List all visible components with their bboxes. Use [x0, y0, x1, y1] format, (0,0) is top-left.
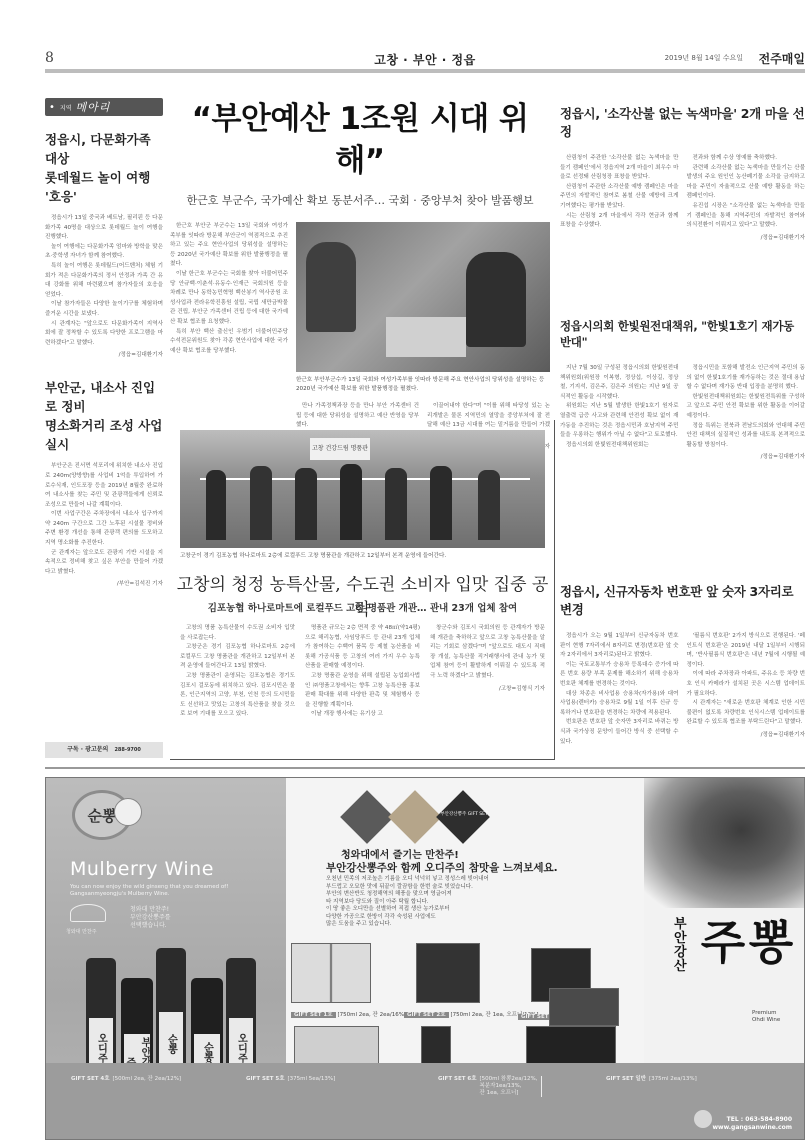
paragraph: 대상 차종은 비사업용 승용차(자가용)와 대여사업용(렌터카) 승용차로 9월…	[560, 690, 679, 719]
paragraph: 이번 사업구간은 주차장에서 내소사 입구까지 약 240m 구간으로 그간 노…	[45, 510, 163, 548]
gift-desc: [375ml 2ea/13%]	[649, 1076, 697, 1082]
paragraph: 시 관계자는 "새로운 번호판 체계로 인한 시민 불편이 없도록 차량번호 인…	[687, 699, 805, 728]
article-body: 지난 7월 30일 구성된 정읍시의회 한빛원전대책위원회(위원장 이복형, 정…	[560, 364, 805, 460]
calligraphy-big: 뽕주	[696, 918, 792, 974]
gift-set-5: GIFT SET 5호[375ml 5ea/13%]	[246, 1076, 335, 1083]
subscribe-label: 구독 · 광고문의	[67, 746, 108, 753]
paragraph: 이날 한근호 부군수는 국회를 찾아 더불어민주당 안규백·이춘석·유동수·인재…	[170, 270, 288, 328]
paragraph: 이에 따라 주차장과 아파트, 주유소 등 차량 번호 인식 카메라가 설치된 …	[687, 670, 805, 699]
gift-desc: [750ml 2ea, 잔 2ea/16%]	[338, 1012, 407, 1018]
gochang-subheadline: 김포농협 하나로마트에 로컬푸드 고창 명품관 개관… 관내 23개 업체 참여	[170, 600, 555, 614]
article-headline[interactable]: 정읍시의회 한빛원전대책위, "한빛1호기 재가동 반대"	[560, 318, 805, 350]
gift-set-general: GIFT SET 일반[375ml 2ea/13%]	[606, 1076, 697, 1083]
ad-copy-line: 이 땅 좋은 오디만을 선별하여 직접 생산 농가로부터	[326, 906, 626, 914]
gochang-article: 고창 건강드림 명품관 고창군이 경기 김포농협 하나로마트 2층에 로컬푸드 …	[170, 420, 555, 760]
paragraph: 산림청이 주관한 '소각산불 없는 녹색마을 만들기 캠페인'에서 정읍지역 2…	[560, 154, 679, 183]
gift-desc-line: 잔 1ea, 오프너]	[480, 1090, 538, 1097]
masthead-rule	[45, 69, 805, 73]
wine-glass-diamond-image	[388, 790, 442, 844]
paragraph: 정읍시가 오는 9월 1일부터 신규자동차 번호판이 현행 7자리에서 8자리로…	[560, 632, 679, 661]
ad-separator-rule	[45, 767, 805, 769]
article-headline[interactable]: 부안군, 내소사 진입로 정비 명소화거리 조성 사업 실시	[45, 378, 163, 454]
mulberry-wine-advertisement[interactable]: 순뽕 Mulberry Wine You can now enjoy the w…	[45, 777, 805, 1140]
blue-house-seal-icon	[70, 904, 106, 922]
paragraph: 특히 부안 백산 출신인 우범기 더불어민주당 수석전문위원도 찾아 각종 현안…	[170, 328, 288, 357]
seal-text-line: 청와대 만찬주!	[130, 906, 171, 914]
paragraph: 특히 놀이 여행은 롯데월드(어드벤처) 체험 기회가 적은 다문화가족의 정서…	[45, 262, 163, 300]
article-headline[interactable]: 정읍시, '소각산불 없는 녹색마을' 2개 마을 선정	[560, 104, 805, 140]
ad-website-link[interactable]: www.gangsanwine.com	[713, 1124, 792, 1132]
paragraph: 정읍시가 13일 중국과 베트남, 필리핀 등 다문화가족 40명을 대상으로 …	[45, 214, 163, 243]
main-headline[interactable]: “부안예산 1조원 시대 위해”	[170, 98, 550, 182]
paragraph: 한빛원전대책위원회는 한빛원전특위를 구성하고 앞으로 주민 안전 확보를 위한…	[687, 393, 805, 422]
calligraphy-logo: 부안강산 뽕주	[674, 918, 688, 974]
paragraph: 고창의 명품 농특산물이 수도권 소비자 입맛을 사로잡는다.	[180, 624, 295, 643]
ad-copy-line: 많은 도움을 주고 있습니다.	[326, 921, 626, 929]
ad-headline: 청와대에서 즐기는 만찬주!	[341, 846, 459, 861]
publication-name: 전주매일	[759, 50, 805, 67]
person-silhouette	[206, 470, 226, 540]
gift-set-5-image	[421, 1026, 451, 1064]
column-tag: • 지역 메아리	[45, 98, 163, 116]
meeting-photo[interactable]	[296, 222, 550, 372]
byline: /정읍=김대환기자	[687, 730, 805, 738]
byline: /정읍=김대환기자	[687, 233, 805, 241]
paragraph: 놀이 여행에는 다문화가족 엄마와 방학을 맞은 초·중학생 자녀가 함께 참여…	[45, 243, 163, 262]
paragraph: 한근호 부안군 부군수는 13일 국회와 여성가족부를 잇따라 방문해 부안군이…	[170, 222, 288, 270]
headline-line: 명소화거리 조성 사업 실시	[45, 416, 163, 454]
article-naesosa: 부안군, 내소사 진입로 정비 명소화거리 조성 사업 실시 부안군은 진서면 …	[45, 378, 163, 587]
seal-text-line: 선택했습니다.	[130, 922, 171, 930]
paragraph: 명품관 규모는 2층 면적 중 약 48㎡(약14평)으로 해리농협, 사임당푸…	[305, 624, 420, 672]
gift-desc: [500ml 2ea, 잔 2ea/12%]	[113, 1076, 182, 1082]
article-body: 부안군은 진서면 석포리에 위치한 내소사 진입로 240m(양방향)를 사업비…	[45, 462, 163, 577]
gift-set-2-image	[416, 943, 480, 1003]
mulberries-image	[644, 778, 805, 908]
paragraph: 창군수와 김포시 국회의원 등 관계자가 방문해 개관을 축하하고 앞으로 고창…	[430, 624, 545, 682]
byline: /부안=김석진 기자	[45, 579, 163, 587]
gift-set-6: GIFT SET 6호 [500ml 참뽕2ea/12%, 복분자1ea/13%…	[438, 1076, 542, 1097]
subscribe-phone: 288-9700	[114, 747, 140, 753]
column-tag-big: 메아리	[76, 99, 111, 115]
paragraph: 정읍시민을 포함해 발전소 인근지역 주민의 동의 없이 한빛1호기를 재가동하…	[687, 364, 805, 393]
paragraph: 관련해 소각산불 없는 녹색마을 만들기는 산불 발생의 주요 원인인 농산폐기…	[687, 164, 805, 202]
seal-text: 청와대 만찬주! 부안강산뽕주를 선택했습니다.	[130, 906, 171, 930]
article-body: 정읍시가 오는 9월 1일부터 신규자동차 번호판이 현행 7자리에서 8자리로…	[560, 632, 805, 747]
paragraph: 번호판은 번호판 앞 숫자만 3자리로 바뀌는 방식과 국가상징 문양이 들어간…	[560, 718, 679, 747]
person-silhouette	[295, 468, 317, 540]
premium-label: Premium Ohdi Wine	[752, 1010, 780, 1024]
byline: /고창=김형식 기자	[430, 684, 545, 692]
paragraph: 위원회는 지난 5월 발생한 한빛1호기 원자로 열출력 급증 사고와 관련해 …	[560, 402, 679, 440]
calligraphy-small: 부안강산	[674, 918, 688, 974]
paragraph: 시는 산림청 2개 마을에서 각각 현금과 함께 표창을 수상했다.	[560, 212, 679, 231]
paragraph: 군 관계자는 앞으로도 관광지 기반 시설을 지속적으로 정비해 찾고 싶은 부…	[45, 549, 163, 578]
byline: /정읍=김대환기자	[45, 350, 163, 358]
bullet-icon: •	[49, 102, 55, 113]
person-silhouette	[306, 242, 356, 332]
paragraph: 고창군은 경기 김포농협 하나로마트 2층에 로컬푸드 고창 명품관을 개관하고…	[180, 643, 295, 672]
premium-line: Premium	[752, 1010, 780, 1017]
paragraph: 이는 국토교통부가 승용차 등록대수 증가에 따른 번호 용량 부족 문제를 해…	[560, 661, 679, 690]
gift-desc: [500ml 참뽕2ea/12%, 복분자1ea/13%, 잔 1ea, 오프너…	[480, 1076, 542, 1097]
gift-desc: [375ml 5ea/13%]	[288, 1076, 336, 1082]
gift-box-image	[549, 988, 619, 1026]
diamond-label: 부안강산뽕주 GIFT SET	[436, 811, 492, 817]
gift-tag: GIFT SET 일반	[606, 1076, 646, 1082]
photo-caption: 고창군이 경기 김포농협 하나로마트 2층에 로컬푸드 고창 명품관을 개관하고…	[180, 552, 545, 561]
paragraph: 정읍시의회 한빛원전대책위원회는	[560, 441, 679, 451]
paragraph: 고창 명품관이 운영되는 김포농협은 경기도 김포시 걸포동에 위치하고 있다.…	[180, 672, 295, 720]
mascot-icon	[114, 798, 142, 826]
paragraph: 지난 7월 30일 구성된 정읍시의회 한빛원전대책위원회(위원장 이복형, 정…	[560, 364, 679, 402]
column-tag-small: 지역	[60, 103, 72, 112]
gift-tag: GIFT SET 4호	[71, 1076, 110, 1082]
subscribe-box: 구독 · 광고문의 288-9700	[45, 742, 163, 758]
paragraph: 유진섭 시장은 "소각산불 없는 녹색마을 만들기 캠페인을 통해 지역주민의 …	[687, 202, 805, 231]
paragraph: 이날 개장 행사에는 유기상 고	[305, 710, 420, 720]
seal-label: 청와대 만찬주	[66, 928, 97, 935]
paragraph: '필름식 번호판' 2가지 방식으로 진행된다. '페인트식 번호판'은 201…	[687, 632, 805, 670]
gift-tag: GIFT SET 1호	[291, 1012, 336, 1018]
person-silhouette	[250, 466, 272, 540]
ad-contact: TEL : 063-584-8900 www.gangsanwine.com	[713, 1116, 792, 1132]
person-silhouette	[385, 468, 407, 540]
table-shape	[386, 317, 466, 357]
article-body: 산림청이 주관한 '소각산불 없는 녹색마을 만들기 캠페인'에서 정읍지역 2…	[560, 154, 805, 241]
headline-line: 정읍시, 다문화가족 대상	[45, 130, 163, 168]
main-subheadline: 한근호 부군수, 국가예산 확보 동분서주… 국회 · 중앙부처 찾아 발품행보	[170, 192, 550, 208]
paragraph: 전과와 함께 수상 영예를 축하했다.	[687, 154, 805, 164]
publication-date: 2019년 8월 14일 수요일	[665, 53, 743, 63]
ad-phone: TEL : 063-584-8900	[713, 1116, 792, 1124]
ad-bottom-band	[46, 1063, 805, 1140]
seal-text-line: 부안강산뽕주를	[130, 914, 171, 922]
paragraph: 고창 명품관 운영을 위해 설립된 농업회사법인 ㈜명품고창에서는 향후 고창 …	[305, 672, 420, 710]
ad-copy-line: 부안의 변산반도 청정해역의 해풍을 맞으며 영글어져	[326, 891, 626, 899]
ad-copy-line: 부드럽고 오묘한 맛에 뒤끝이 깔끔함을 한번 술로 빚었습니다.	[326, 884, 626, 892]
article-body: 정읍시가 13일 중국과 베트남, 필리핀 등 다문화가족 40명을 대상으로 …	[45, 214, 163, 348]
gift-tag: GIFT SET 5호	[246, 1076, 285, 1082]
main-article: “부안예산 1조원 시대 위해” 한근호 부군수, 국가예산 확보 동분서주… …	[170, 98, 550, 460]
gift-set-1: GIFT SET 1호[750ml 2ea, 잔 2ea/16%]	[291, 1010, 406, 1018]
paragraph: 시 관계자는 "앞으로도 다문화가족이 지역사회에 잘 정착할 수 있도록 다양…	[45, 320, 163, 349]
ad-copy: 오천년 민족의 저조높은 기름을 오디 넉넉히 넣고 정성스레 빚어내어 부드럽…	[326, 876, 626, 929]
ad-right-panel: 부안강산 뽕주 Premium Ohdi Wine	[644, 778, 805, 1063]
article-headline[interactable]: 정읍시, 다문화가족 대상 롯데월드 놀이 여행 '호응'	[45, 130, 163, 206]
photo-caption: 한근호 부안부군수가 13일 국회와 여성가족부를 잇따라 방문해 주요 현안사…	[296, 376, 550, 394]
gift-desc-line: [500ml 참뽕2ea/12%,	[480, 1076, 538, 1083]
person-silhouette	[430, 466, 452, 540]
headline-line: 롯데월드 놀이 여행 '호응'	[45, 168, 163, 206]
company-logo-icon	[694, 1110, 712, 1128]
article-hanbit-nuclear: 정읍시의회 한빛원전대책위, "한빛1호기 재가동 반대" 지난 7월 30일 …	[560, 318, 805, 460]
ad-brand-name: Mulberry Wine	[70, 858, 214, 880]
ad-copy-line: 다양한 가공으로 한방이 각각 숙성된 사업에도	[326, 914, 626, 922]
ad-headline: 부안강산뽕주와 함께 오디주의 참맛을 느껴보세요.	[326, 860, 558, 875]
ad-tagline: You can now enjoy the wild ginseng that …	[70, 884, 270, 898]
ad-copy-line: 오천년 민족의 저조높은 기름을 오디 넉넉히 넣고 정성스레 빚어내어	[326, 876, 626, 884]
gift-set-1-image	[291, 943, 371, 1003]
premium-line: Ohdi Wine	[752, 1017, 780, 1024]
headline-line: 부안군, 내소사 진입로 정비	[45, 378, 163, 416]
paragraph: 산림청이 주관한 소각산불 예방 캠페인은 마을 주민의 자발적인 참여로 봄철…	[560, 183, 679, 212]
byline: /정읍=김대환기자	[687, 452, 805, 460]
paragraph: 이날 참가자들은 다양한 놀이기구를 체험하며 즐거운 시간을 보냈다.	[45, 300, 163, 319]
left-column: • 지역 메아리 정읍시, 다문화가족 대상 롯데월드 놀이 여행 '호응' 정…	[45, 98, 163, 587]
ad-copy-line: 타 지역보다 당도와 질이 아주 탁월 합니다.	[326, 899, 626, 907]
person-silhouette	[478, 470, 500, 540]
article-headline[interactable]: 정읍시, 신규자동차 번호판 앞 숫자 3자리로 변경	[560, 582, 805, 618]
paragraph: 정읍 특위는 전북과 전남도의회와 연대해 주민 안전 대책의 실질적인 성과를…	[687, 422, 805, 451]
person-silhouette	[466, 252, 526, 347]
paragraph: 부안군은 진서면 석포리에 위치한 내소사 진입로 240m(양방향)를 사업비…	[45, 462, 163, 510]
gift-desc-line: 복분자1ea/13%,	[480, 1083, 538, 1090]
gochang-body: 고창의 명품 농특산물이 수도권 소비자 입맛을 사로잡는다. 고창군은 경기 …	[180, 624, 545, 720]
gift-set-4-image	[294, 1026, 379, 1064]
gift-set-diamond	[436, 790, 490, 844]
ribbon-cutting-photo[interactable]: 고창 건강드림 명품관	[180, 430, 545, 548]
gift-set-6-image	[526, 1026, 616, 1064]
berries-diamond-image	[340, 790, 394, 844]
article-multicultural: 정읍시, 다문화가족 대상 롯데월드 놀이 여행 '호응' 정읍시가 13일 중…	[45, 130, 163, 358]
gift-tag: GIFT SET 2호	[404, 1012, 449, 1018]
photo-sign: 고창 건강드림 명품관	[310, 438, 370, 460]
person-silhouette	[340, 464, 362, 540]
article-license-plate: 정읍시, 신규자동차 번호판 앞 숫자 3자리로 변경 정읍시가 오는 9월 1…	[560, 582, 805, 747]
gift-set-4: GIFT SET 4호[500ml 2ea, 잔 2ea/12%]	[71, 1076, 181, 1083]
gift-tag: GIFT SET 6호	[438, 1076, 477, 1097]
article-green-village: 정읍시, '소각산불 없는 녹색마을' 2개 마을 선정 산림청이 주관한 '소…	[560, 104, 805, 241]
